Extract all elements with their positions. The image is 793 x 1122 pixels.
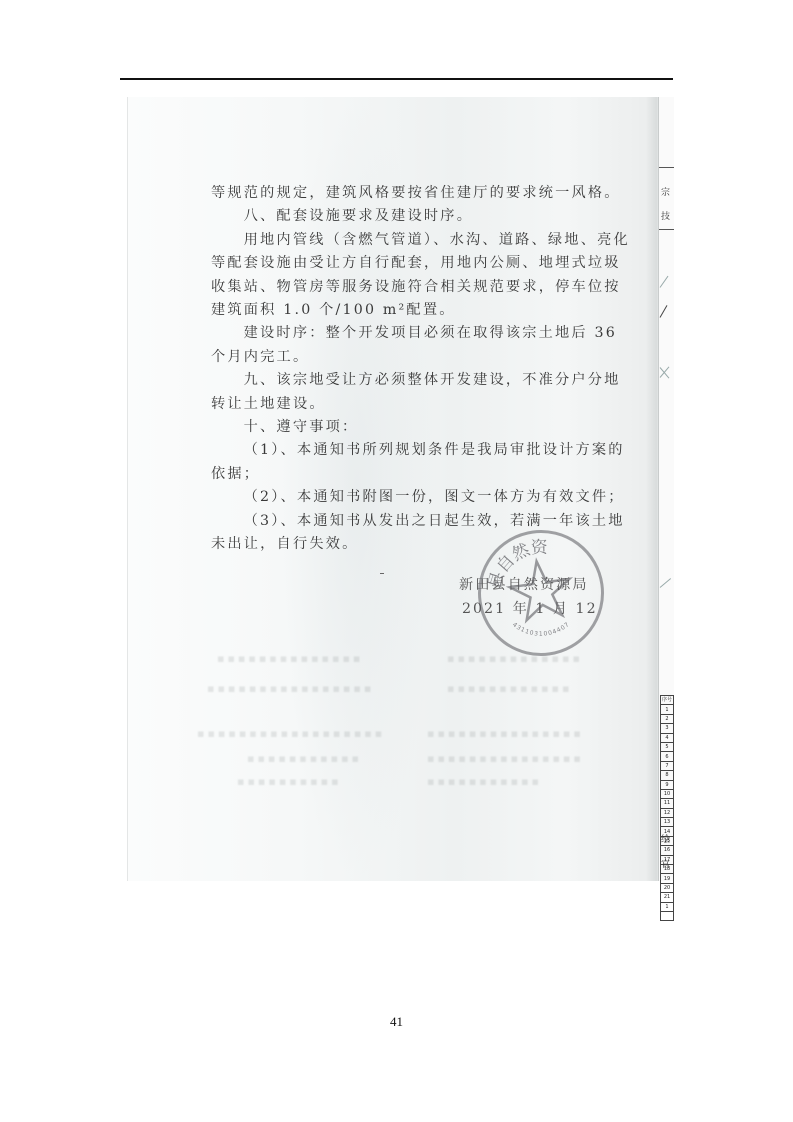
map-line — [660, 305, 668, 318]
bleed-through-text: ▪▪▪▪▪▪▪▪▪▪▪▪▪▪▪ — [427, 727, 584, 740]
legend-row: 2 — [661, 714, 674, 723]
paragraph: 等规范的规定，建筑风格要按省住建厅的要求统一风格。 — [211, 182, 631, 205]
paragraph: 建设时序：整个开发项目必须在取得该宗土地后 36 个月内完工。 — [211, 322, 631, 369]
header-rule — [120, 78, 673, 80]
legend-cell: 1 — [661, 902, 674, 911]
strip-glyph: 宗 — [661, 185, 670, 198]
bleed-through-text: ▪▪▪▪▪▪▪▪▪▪▪▪▪▪▪▪ — [207, 682, 374, 695]
official-seal: 县自然资 4311031004407 — [470, 522, 612, 664]
strip-rule — [659, 229, 674, 230]
legend-cell: 13 — [661, 818, 674, 827]
legend-cell: 16 — [661, 846, 674, 855]
paragraph: 九、该宗地受让方必须整体开发建设，不准分户分地转让土地建设。 — [211, 369, 631, 416]
legend-cell: 2 — [661, 714, 674, 723]
page-number: 41 — [0, 1014, 793, 1030]
legend-row: 1 — [661, 705, 674, 714]
strip-rule — [659, 167, 674, 168]
legend-cell: 9 — [661, 780, 674, 789]
section-heading: 十、遵守事项： — [211, 416, 631, 439]
legend-cell: 8 — [661, 771, 674, 780]
document-body: 等规范的规定，建筑风格要按省住建厅的要求统一风格。 八、配套设施要求及建设时序。… — [211, 182, 631, 557]
legend-row: 20 — [661, 883, 674, 892]
legend-row: 4 — [661, 733, 674, 742]
bleed-through-text: ▪▪▪▪▪▪▪▪▪▪▪▪▪▪▪ — [427, 752, 584, 765]
legend-row: 5 — [661, 742, 674, 751]
legend-row: 19 — [661, 874, 674, 883]
bleed-through-text: ▪▪▪▪▪▪▪▪▪▪▪ — [247, 752, 362, 765]
bleed-through-text: ▪▪▪▪▪▪▪▪▪▪▪▪▪▪ — [217, 652, 363, 665]
legend-cell: 21 — [661, 893, 674, 902]
legend-cell: 序号 — [661, 696, 674, 705]
map-line — [660, 276, 669, 288]
strip-glyph: 官 — [661, 857, 670, 870]
legend-cell: 10 — [661, 789, 674, 798]
bleed-through-text: ▪▪▪▪▪▪▪▪▪▪ — [237, 775, 342, 788]
legend-cell: 5 — [661, 742, 674, 751]
legend-row: 21 — [661, 893, 674, 902]
legend-row: 13 — [661, 818, 674, 827]
legend-row: 12 — [661, 808, 674, 817]
legend-table: 序号1234567891011121314151617181920211 — [660, 695, 674, 921]
legend-row: 7 — [661, 761, 674, 770]
legend-row: 1 — [661, 902, 674, 911]
legend-cell: 7 — [661, 761, 674, 770]
legend-row: 9 — [661, 780, 674, 789]
list-item: （1）、本通知书所列规划条件是我局审批设计方案的依据； — [211, 439, 631, 486]
legend-row: 11 — [661, 799, 674, 808]
legend-cell: 3 — [661, 724, 674, 733]
legend-row — [661, 911, 674, 920]
paragraph: 用地内管线（含燃气管道）、水沟、道路、绿地、亮化等配套设施由受让方自行配套，用地… — [211, 229, 631, 323]
bleed-through-text: ▪▪▪▪▪▪▪▪▪▪▪ — [427, 775, 542, 788]
strip-glyph: 技 — [661, 209, 670, 222]
legend-row: 序号 — [661, 696, 674, 705]
legend-cell: 4 — [661, 733, 674, 742]
strip-glyph: 绘 — [661, 832, 670, 845]
legend-cell: 19 — [661, 874, 674, 883]
legend-row: 8 — [661, 771, 674, 780]
legend-cell: 6 — [661, 752, 674, 761]
star-icon: 县自然资 4311031004407 — [473, 525, 609, 661]
legend-row: 6 — [661, 752, 674, 761]
seal-code: 4311031004407 — [510, 614, 572, 642]
legend-row: 16 — [661, 846, 674, 855]
bleed-through-text: ▪▪▪▪▪▪▪▪▪▪▪▪ — [447, 682, 572, 695]
legend-cell: 1 — [661, 705, 674, 714]
section-heading: 八、配套设施要求及建设时序。 — [211, 205, 631, 228]
legend-row: 10 — [661, 789, 674, 798]
legend-row: 3 — [661, 724, 674, 733]
svg-text:4311031004407: 4311031004407 — [510, 614, 572, 642]
legend-cell: 11 — [661, 799, 674, 808]
legend-cell — [661, 911, 674, 920]
scan-speck — [380, 573, 384, 574]
map-line — [660, 578, 671, 588]
legend-cell: 20 — [661, 883, 674, 892]
adjacent-page-edge: 宗 技 序号1234567891011121314151617181920211… — [658, 97, 674, 881]
bleed-through-text: ▪▪▪▪▪▪▪▪▪▪▪▪▪▪▪▪▪▪ — [197, 727, 385, 740]
list-item: （2）、本通知书附图一份，图文一体方为有效文件； — [211, 486, 631, 509]
legend-cell: 12 — [661, 808, 674, 817]
